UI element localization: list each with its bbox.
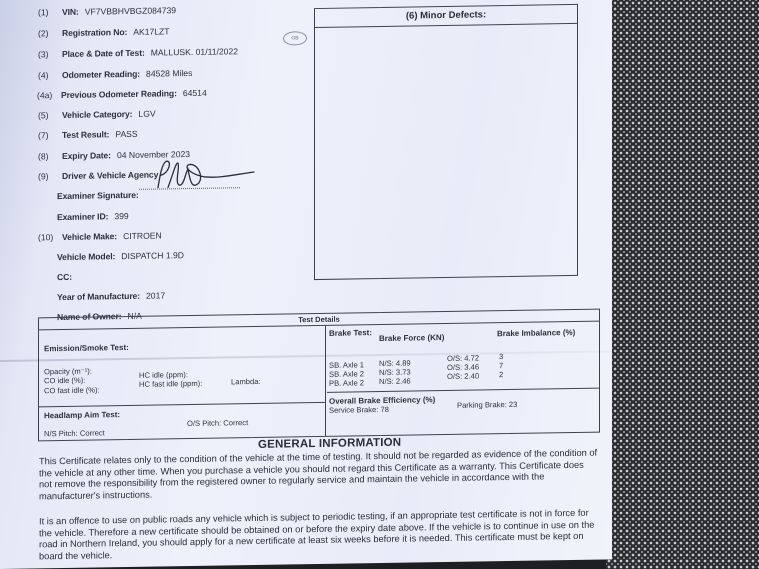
headlamp-aim-section: Headlamp Aim Test: N/S Pitch: Correct O/… xyxy=(39,403,326,441)
previous-odometer-value: 64514 xyxy=(183,88,207,98)
field-vehicle-model: Vehicle Model: DISPATCH 1.9D xyxy=(57,250,184,262)
service-brake: Service Brake: 78 xyxy=(329,405,389,415)
emission-smoke-section: Emission/Smoke Test: Opacity (m⁻¹): CO i… xyxy=(39,326,326,408)
mot-certificate: (1) VIN: VF7VBBHVBGZ084739 (2) Registrat… xyxy=(0,0,612,569)
examiner-signature-label: Examiner Signature: xyxy=(57,190,139,201)
field-previous-odometer: (4a) Previous Odometer Reading: 64514 xyxy=(37,88,207,101)
field-examiner-id: Examiner ID: 399 xyxy=(57,211,129,222)
registration-value: AK17LZT xyxy=(133,26,169,37)
ns-pitch: N/S Pitch: Correct xyxy=(44,428,105,438)
examiner-signature xyxy=(150,156,260,198)
brake-divider xyxy=(327,388,599,393)
general-information-paragraph-2: It is an offence to use on public roads … xyxy=(39,508,599,563)
test-result-value: PASS xyxy=(115,129,137,139)
place-date-value: MALLUSK. 01/11/2022 xyxy=(151,46,238,57)
field-vehicle-category: (5) Vehicle Category: LGV xyxy=(38,109,156,121)
test-details-table: Test Details Emission/Smoke Test: Opacit… xyxy=(38,309,600,442)
field-year-of-manufacture: Year of Manufacture: 2017 xyxy=(57,290,165,302)
vin-value: VF7VBBHVBGZ084739 xyxy=(85,5,176,16)
os-pitch: O/S Pitch: Correct xyxy=(187,418,248,428)
vehicle-category-value: LGV xyxy=(138,109,155,119)
minor-defects-title: (6) Minor Defects: xyxy=(315,5,577,28)
odometer-value: 84528 Miles xyxy=(146,68,192,79)
field-place-date: (3) Place & Date of Test: MALLUSK. 01/11… xyxy=(38,46,238,59)
brake-test-section: Brake Test: Brake Force (KN) Brake Imbal… xyxy=(327,322,599,436)
general-information-title: GENERAL INFORMATION xyxy=(258,437,401,451)
fabric-background xyxy=(606,0,759,569)
field-registration: (2) Registration No: AK17LZT xyxy=(38,26,170,38)
field-odometer: (4) Odometer Reading: 84528 Miles xyxy=(38,68,192,80)
field-test-result: (7) Test Result: PASS xyxy=(38,129,138,141)
general-information-paragraph-1: This Certificate relates only to the con… xyxy=(39,448,599,503)
field-vin: (1) VIN: VF7VBBHVBGZ084739 xyxy=(38,5,176,17)
field-cc: CC: xyxy=(57,272,78,282)
gb-badge: GB xyxy=(283,31,307,45)
field-vehicle-make: (10) Vehicle Make: CITROEN xyxy=(38,230,162,242)
minor-defects-box: (6) Minor Defects: xyxy=(314,4,578,280)
parking-brake: Parking Brake: 23 xyxy=(457,400,517,410)
field-agency: (9) Driver & Vehicle Agency xyxy=(38,170,158,182)
